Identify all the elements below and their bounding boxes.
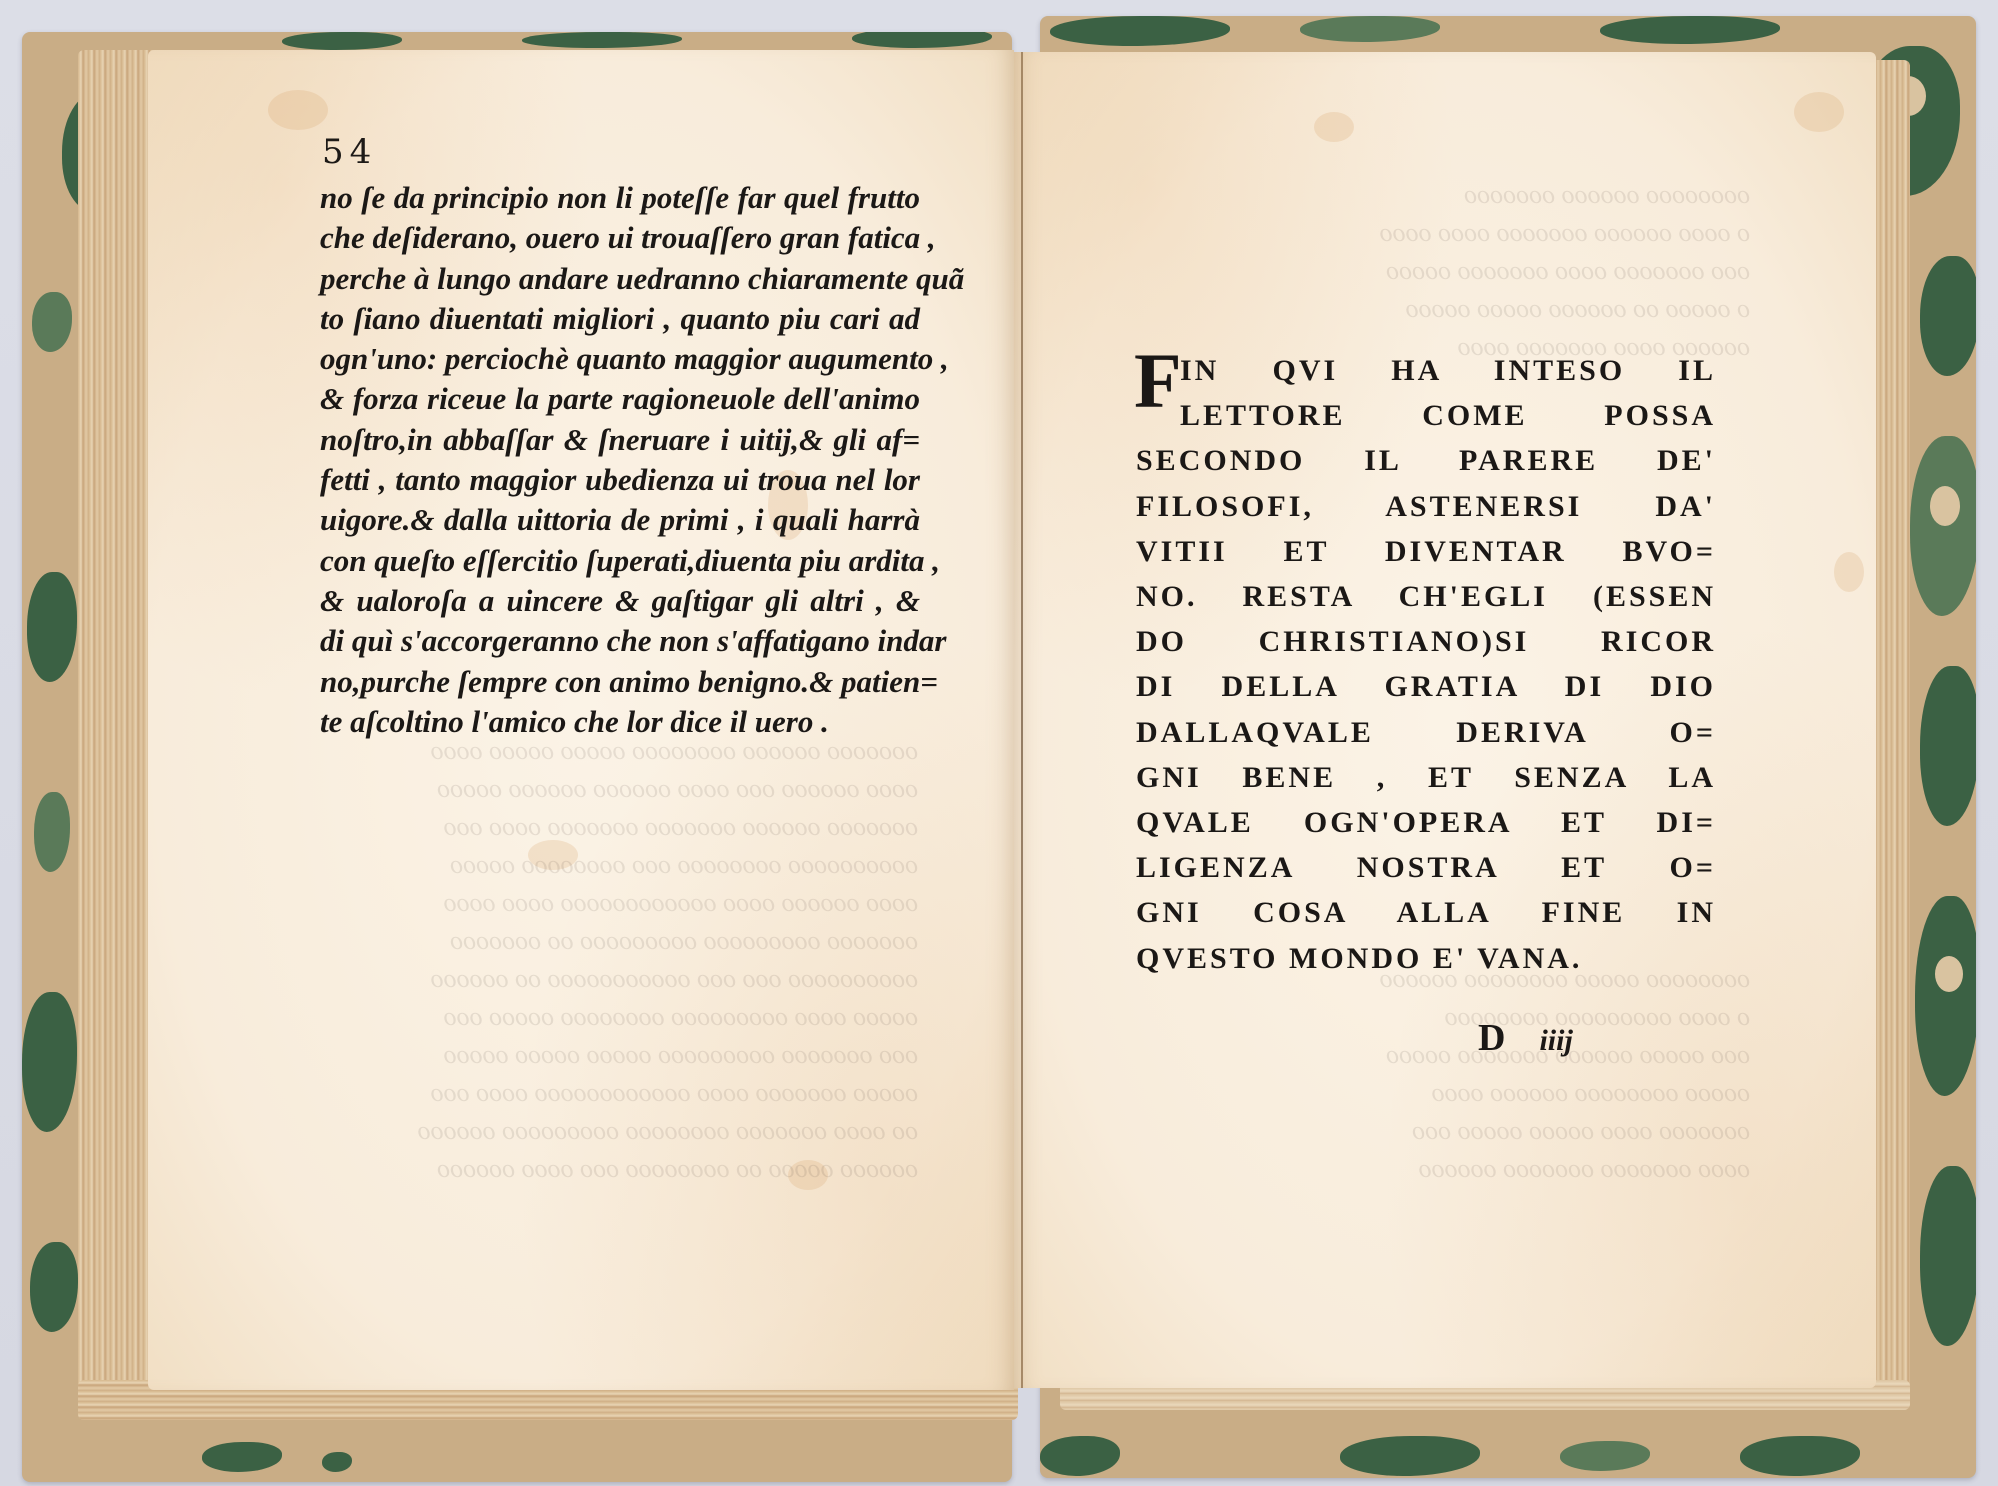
text-line: LIGENZA NOSTRA ET O=	[1136, 845, 1716, 890]
signature-number: iiij	[1539, 1024, 1572, 1057]
text-line: no,purche ſempre con animo benigno.& pat…	[320, 662, 920, 702]
left-page-stack-edge	[78, 50, 158, 1420]
text-line: GNI COSA ALLA FINE IN	[1136, 890, 1716, 935]
text-line: FILOSOFI, ASTENERSI DA'	[1136, 484, 1716, 529]
text-line: VITII ET DIVENTAR BVO=	[1136, 529, 1716, 574]
book-spread-scene: ooooooo oooooo oooooooo ooooo ooooo oooo…	[0, 0, 1998, 1486]
text-line: te aſcoltino l'amico che lor dice il uer…	[320, 702, 920, 742]
text-line: di quì s'accorgeranno che non s'affatiga…	[320, 621, 920, 661]
text-line: no ſe da principio non li poteſſe far qu…	[320, 178, 920, 218]
left-page-show-through: ooooooo oooooo oooooooo ooooo ooooo oooo…	[318, 732, 918, 1188]
text-line: SECONDO IL PARERE DE'	[1136, 438, 1716, 483]
text-line: QVALE OGN'OPERA ET DI=	[1136, 800, 1716, 845]
text-line: to ſiano diuentati migliori , quanto piu…	[320, 299, 920, 339]
text-line: DO CHRISTIANO)SI RICOR	[1136, 619, 1716, 664]
text-line: & ualoroſa a uincere & gaſtigar gli altr…	[320, 581, 920, 621]
right-page-stack-edge	[1870, 60, 1910, 1410]
text-line: noſtro,in abbaſſar & ſneruare i uitij,& …	[320, 420, 920, 460]
text-line: ogn'uno: perciochè quanto maggior augume…	[320, 339, 920, 379]
signature-letter: D	[1478, 1017, 1505, 1059]
text-line: QVESTO MONDO E' VANA.	[1136, 936, 1716, 981]
text-line: uigore.& dalla uittoria de primi , i qua…	[320, 500, 920, 540]
right-page-show-through-bottom: oooooooo ooooo oooooooo oooooo o oooo oo…	[1290, 960, 1750, 1188]
text-line: DALLAQVALE DERIVA O=	[1136, 710, 1716, 755]
text-line: DI DELLA GRATIA DI DIO	[1136, 664, 1716, 709]
text-line: con queſto eſſercitio ſuperati,diuenta p…	[320, 541, 920, 581]
page-number: 54	[322, 132, 377, 172]
book-gutter	[1021, 52, 1023, 1388]
text-line: GNI BENE , ET SENZA LA	[1136, 755, 1716, 800]
right-page-show-through-top: oooooooo oooooo ooooooo o oooo oooooo oo…	[1290, 176, 1750, 366]
signature-mark: D iiij	[1478, 1016, 1573, 1060]
text-line: IN QVI HA INTESO IL	[1136, 348, 1716, 393]
text-line: NO. RESTA CH'EGLI (ESSEN	[1136, 574, 1716, 619]
text-line: perche à lungo andare uedranno chiaramen…	[320, 259, 920, 299]
text-line: & forza riceue la parte ragioneuole dell…	[320, 379, 920, 419]
text-line: LETTORE COME POSSA	[1136, 393, 1716, 438]
text-line: fetti , tanto maggior ubedienza ui troua…	[320, 460, 920, 500]
text-line: che deſiderano, ouero ui trouaſſero gran…	[320, 218, 920, 258]
left-page-body-text: no ſe da principio non li poteſſe far qu…	[320, 178, 920, 742]
right-page-body-text: IN QVI HA INTESO IL LETTORE COME POSSA S…	[1136, 348, 1716, 981]
